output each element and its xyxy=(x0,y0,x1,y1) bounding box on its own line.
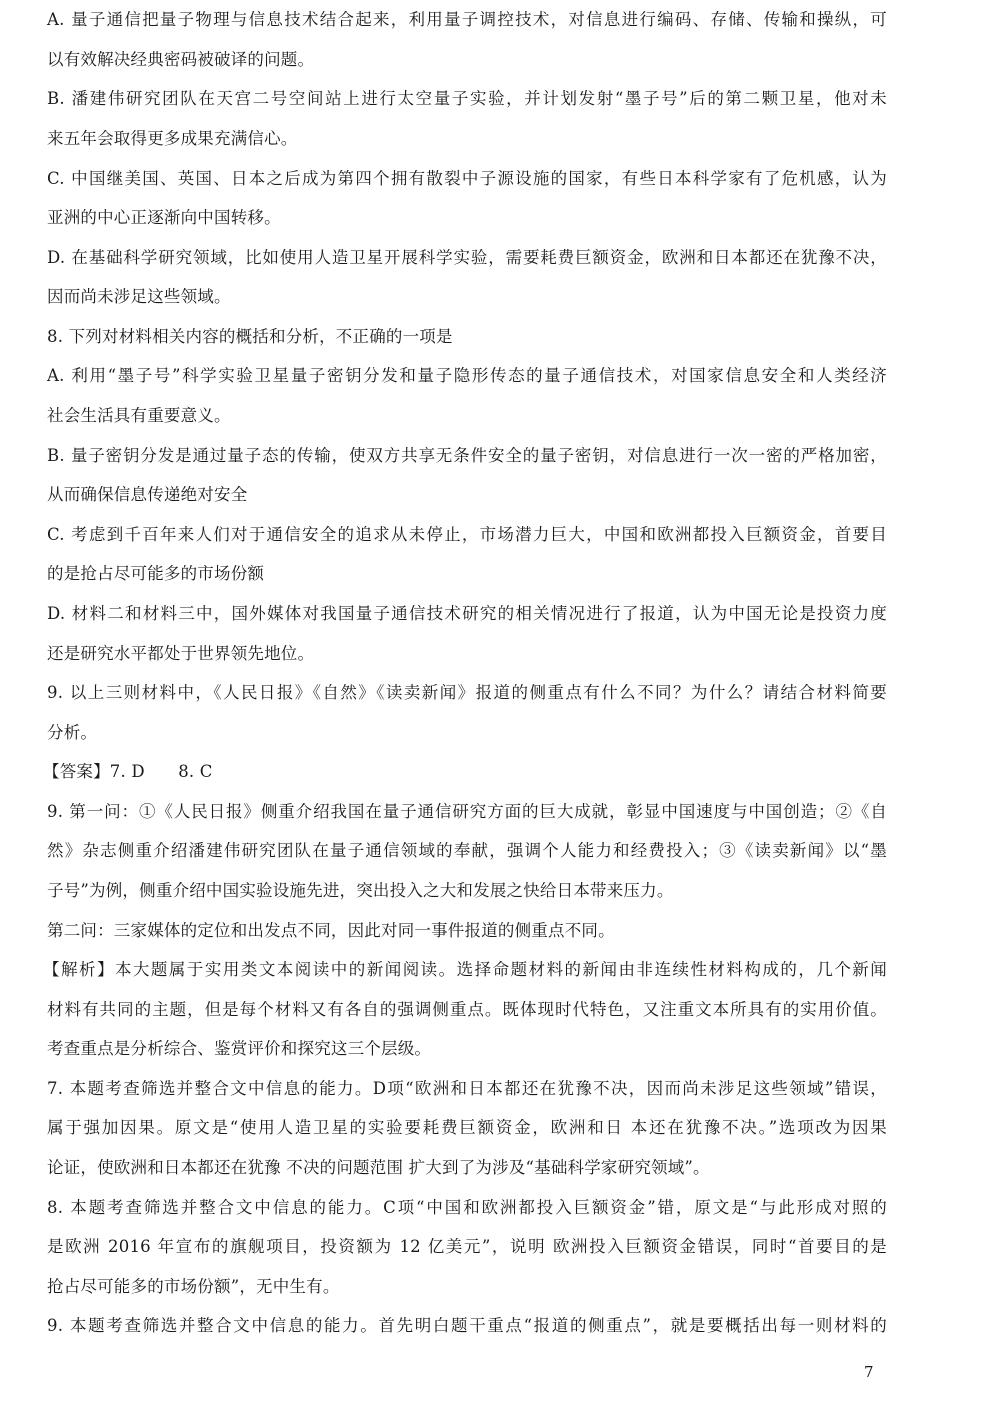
analysis-intro-line2: 材料有共同的主题，但是每个材料又有各自的强调侧重点。既体现时代特色，又注重文本所… xyxy=(47,1000,887,1020)
answer-q9-line1: 9. 第一问：①《人民日报》侧重介绍我国在量子通信研究方面的巨大成就，彰显中国速… xyxy=(47,802,887,822)
q7-option-d-line2: 因而尚未涉足这些领域。 xyxy=(47,287,887,307)
q8-option-b-line2: 从而确保信息传递绝对安全 xyxy=(47,485,887,505)
answer-q9-part2: 第二问：三家媒体的定位和出发点不同，因此对同一事件报道的侧重点不同。 xyxy=(47,921,887,941)
q9-stem-line1: 9. 以上三则材料中，《人民日报》《自然》《读卖新闻》报道的侧重点有什么不同？为… xyxy=(47,683,887,703)
analysis-q8-line2: 是欧洲 2016 年宣布的旗舰项目，投资额为 12 亿美元”，说明 欧洲投入巨额… xyxy=(47,1237,887,1257)
analysis-q8-line3: 抢占尽可能多的市场份额”，无中生有。 xyxy=(47,1277,887,1297)
q7-option-a-line2: 以有效解决经典密码被破译的问题。 xyxy=(47,50,887,70)
analysis-q7-line1: 7. 本题考查筛选并整合文中信息的能力。D项“欧洲和日本都还在犹豫不决，因而尚未… xyxy=(47,1079,887,1099)
analysis-intro-line3: 考查重点是分析综合、鉴赏评价和探究这三个层级。 xyxy=(47,1039,887,1059)
q7-option-c-line1: C. 中国继美国、英国、日本之后成为第四个拥有散裂中子源设施的国家，有些日本科学… xyxy=(47,169,887,189)
q7-option-b-line2: 来五年会取得更多成果充满信心。 xyxy=(47,129,887,149)
q8-option-b-line1: B. 量子密钥分发是通过量子态的传输，使双方共享无条件安全的量子密钥，对信息进行… xyxy=(47,446,887,466)
q8-option-c-line1: C. 考虑到千百年来人们对于通信安全的追求从未停止，市场潜力巨大，中国和欧洲都投… xyxy=(47,525,887,545)
q7-option-c-line2: 亚洲的中心正逐渐向中国转移。 xyxy=(47,208,887,228)
q8-option-d-line1: D. 材料二和材料三中，国外媒体对我国量子通信技术研究的相关情况进行了报道，认为… xyxy=(47,604,887,624)
analysis-intro-line1: 【解析】本大题属于实用类文本阅读中的新闻阅读。选择命题材料的新闻由非连续性材料构… xyxy=(43,960,887,980)
answer-line: 【答案】7. D 8. C xyxy=(43,762,883,782)
q9-stem-line2: 分析。 xyxy=(47,723,887,743)
q8-option-c-line2: 的是抢占尽可能多的市场份额 xyxy=(47,564,887,584)
page-number: 7 xyxy=(864,1362,874,1382)
answer-q9-line3: 子号”为例，侧重介绍中国实验设施先进，突出投入之大和发展之快给日本带来压力。 xyxy=(47,881,887,901)
analysis-q7-line2: 属于强加因果。原文是“使用人造卫星的实验要耗费巨额资金，欧洲和日 本还在犹豫不决… xyxy=(47,1118,887,1138)
q8-option-d-line2: 还是研究水平都处于世界领先地位。 xyxy=(47,644,887,664)
q8-option-a-line1: A. 利用“墨子号”科学实验卫星量子密钥分发和量子隐形传态的量子通信技术，对国家… xyxy=(47,366,887,386)
analysis-q7-line3: 论证，使欧洲和日本都还在犹豫 不决的问题范围 扩大到了为涉及“基础科学家研究领域… xyxy=(47,1158,887,1178)
q8-stem: 8. 下列对材料相关内容的概括和分析，不正确的一项是 xyxy=(47,327,887,347)
document-page: A. 量子通信把量子物理与信息技术结合起来，利用量子调控技术，对信息进行编码、存… xyxy=(0,0,992,1403)
analysis-q9-line1: 9. 本题考查筛选并整合文中信息的能力。首先明白题干重点“报道的侧重点”，就是要… xyxy=(47,1316,887,1336)
q7-option-b-line1: B. 潘建伟研究团队在天宫二号空间站上进行太空量子实验，并计划发射“墨子号”后的… xyxy=(47,89,887,109)
q7-option-a-line1: A. 量子通信把量子物理与信息技术结合起来，利用量子调控技术，对信息进行编码、存… xyxy=(47,10,887,30)
analysis-q8-line1: 8. 本题考查筛选并整合文中信息的能力。C项“中国和欧洲都投入巨额资金”错，原文… xyxy=(47,1198,887,1218)
q8-option-a-line2: 社会生活具有重要意义。 xyxy=(47,406,887,426)
answer-q9-line2: 然》杂志侧重介绍潘建伟研究团队在量子通信领域的奉献，强调个人能力和经费投入；③《… xyxy=(47,841,887,861)
q7-option-d-line1: D. 在基础科学研究领域，比如使用人造卫星开展科学实验，需要耗费巨额资金，欧洲和… xyxy=(47,248,887,268)
